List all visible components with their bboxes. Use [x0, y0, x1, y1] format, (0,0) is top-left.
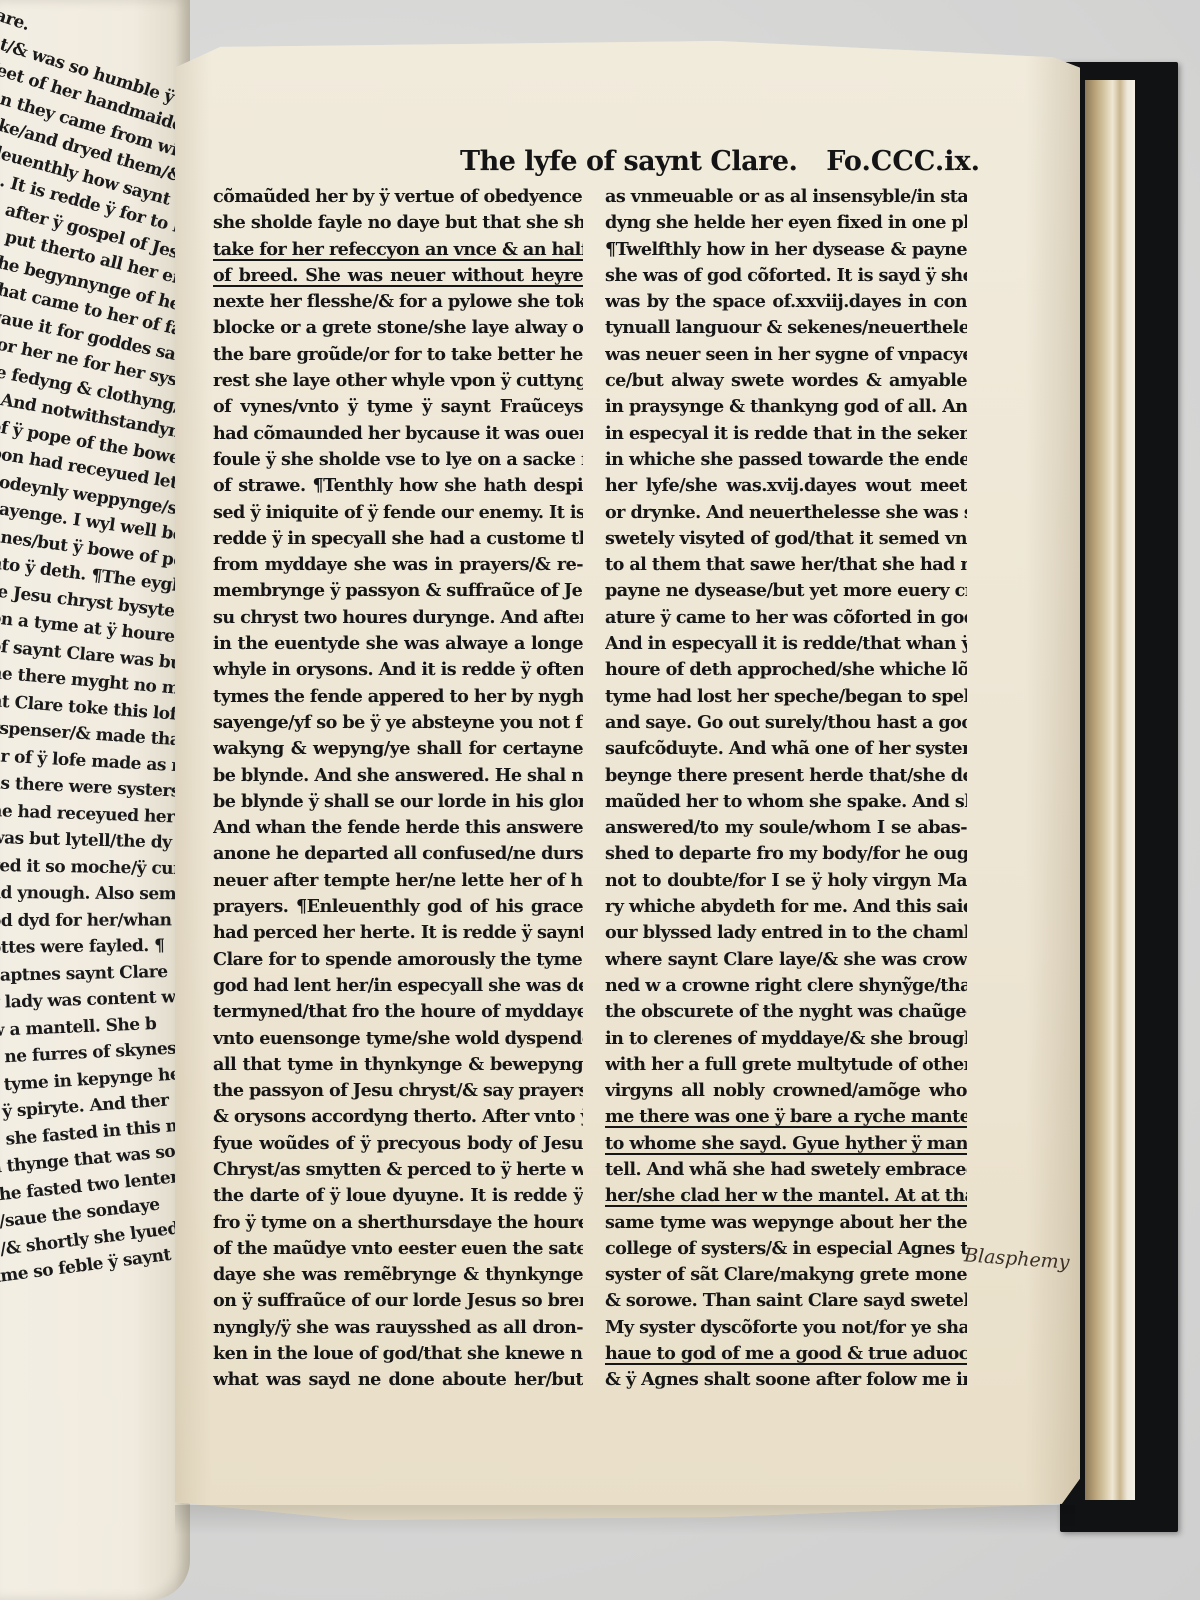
text-column-right: as vnmeuable or as al insensyble/in stan…	[605, 184, 967, 1394]
text-line: with her a full grete multytude of other	[605, 1052, 967, 1078]
text-line: neuer after tempte her/ne lette her of h…	[213, 868, 583, 894]
text-line: of breed. She was neuer without heyre	[213, 263, 583, 289]
text-line: And whan the fende herde this answere	[213, 815, 583, 841]
text-line: was by the space of.xxviij.dayes in con	[605, 289, 967, 315]
text-line: the bare groũde/or for to take better he…	[213, 342, 583, 368]
text-line: whyle in orysons. And it is redde ÿ ofte…	[213, 657, 583, 683]
text-column-left: cõmaũded her by ÿ vertue of obedyence ÿs…	[213, 184, 583, 1394]
text-line: college of systers/& in especial Agnes t…	[605, 1236, 967, 1262]
text-line: nyngly/ÿ she was rauysshed as all dron-	[213, 1315, 583, 1341]
text-line: tell. And whã she had swetely embraced	[605, 1157, 967, 1183]
text-line: answered/to my soule/whom I se abas-	[605, 815, 967, 841]
text-line: ned w a crowne right clere shynỹge/that	[605, 973, 967, 999]
text-line: her lyfe/she was.xvij.dayes wout meet	[605, 473, 967, 499]
text-line: from myddaye she was in prayers/& re-	[213, 552, 583, 578]
text-line: swetely visyted of god/that it semed vn	[605, 526, 967, 552]
text-line: rest she laye other whyle vpon ÿ cuttyng	[213, 368, 583, 394]
text-line: redde ÿ in specyall she had a custome th…	[213, 526, 583, 552]
text-line: wakyng & wepyng/ye shall for certayne	[213, 736, 583, 762]
text-line: ken in the loue of god/that she knewe no…	[213, 1341, 583, 1367]
text-line: su chryst two houres durynge. And after	[213, 605, 583, 631]
text-line: ce/but alway swete wordes & amyable	[605, 368, 967, 394]
left-page-curled: lare.at/& was so humble ÿ she wfeet of h…	[0, 0, 190, 1600]
text-line: in the euentyde she was alwaye a longe	[213, 631, 583, 657]
text-line: tynuall languour & sekenes/neuertheles	[605, 315, 967, 341]
text-line: dyng she helde her eyen fixed in one pla…	[605, 210, 967, 236]
text-line: be blynde ÿ shall se our lorde in his gl…	[213, 789, 583, 815]
fragment-line: yed it so moche/ÿ cur	[0, 853, 190, 884]
text-line: ry whiche abydeth for me. And this said	[605, 894, 967, 920]
text-line: termyned/that fro the houre of myddaye	[213, 999, 583, 1025]
text-line: be blynde. And she answered. He shal not	[213, 763, 583, 789]
text-line: of vynes/vnto ÿ tyme ÿ saynt Fraũceys	[213, 394, 583, 420]
text-line: & sorowe. Than saint Clare sayd swetely	[605, 1288, 967, 1314]
text-line: fyue woũdes of ÿ precyous body of Jesu	[213, 1131, 583, 1157]
book-photo: lare.at/& was so humble ÿ she wfeet of h…	[0, 0, 1200, 1600]
text-line: Clare for to spende amorously the tyme ÿ	[213, 947, 583, 973]
text-line: vnto euensonge tyme/she wold dyspende	[213, 1026, 583, 1052]
text-line: payne ne dysease/but yet more euery cre	[605, 578, 967, 604]
text-line: the passyon of Jesu chryst/& say prayers	[213, 1078, 583, 1104]
text-line: & orysons accordyng therto. After vnto ÿ	[213, 1104, 583, 1130]
fragment-line: ad ynough. Also sembl	[0, 880, 190, 909]
page-edges	[1085, 80, 1135, 1500]
text-line: And in especyall it is redde/that whan ÿ	[605, 631, 967, 657]
text-line: cõmaũded her by ÿ vertue of obedyence ÿ	[213, 184, 583, 210]
text-line: me there was one ÿ bare a ryche mantel	[605, 1104, 967, 1130]
fragment-line: ottes were fayled. ¶	[0, 932, 190, 962]
text-line: to al them that sawe her/that she had no	[605, 552, 967, 578]
text-line: and saye. Go out surely/thou hast a good	[605, 710, 967, 736]
text-line: all that tyme in thynkynge & bewepyng	[213, 1052, 583, 1078]
text-line: where saynt Clare laye/& she was crow	[605, 947, 967, 973]
text-line: or drynke. And neuerthelesse she was so	[605, 500, 967, 526]
text-line: blocke or a grete stone/she laye alway o…	[213, 315, 583, 341]
text-line: not to doubte/for I se ÿ holy virgyn Ma	[605, 868, 967, 894]
text-line: take for her refeccyon an vnce & an half…	[213, 237, 583, 263]
text-line: sed ÿ iniquite of ÿ fende our enemy. It …	[213, 500, 583, 526]
text-line: she was of god cõforted. It is sayd ÿ sh…	[605, 263, 967, 289]
text-line: was neuer seen in her sygne of vnpacyen	[605, 342, 967, 368]
folio-number: Fo.CCC.ix.	[826, 146, 980, 177]
text-line: our blyssed lady entred in to the chambr…	[605, 920, 967, 946]
text-line: daye she was remẽbrynge & thynkynge	[213, 1262, 583, 1288]
text-line: houre of deth approched/she whiche lõge	[605, 657, 967, 683]
text-line: of strawe. ¶Tenthly how she hath despi	[213, 473, 583, 499]
text-line: anone he departed all confused/ne durst	[213, 841, 583, 867]
text-line: same tyme was wepynge about her the	[605, 1210, 967, 1236]
text-line: haue to god of me a good & true aduocate	[605, 1341, 967, 1367]
fragment-line: od dyd for her/whan	[0, 907, 190, 935]
text-line: tymes the fende appered to her by nyght	[213, 684, 583, 710]
text-line: god had lent her/in especyall she was de…	[213, 973, 583, 999]
text-line: had cõmaunded her bycause it was ouer	[213, 421, 583, 447]
text-line: membrynge ÿ passyon & suffraũce of Je-	[213, 578, 583, 604]
text-line: beynge there present herde that/she de-	[605, 763, 967, 789]
text-line: what was sayd ne done aboute her/but	[213, 1367, 583, 1393]
running-head-title: The lyfe of saynt Clare.	[460, 146, 797, 177]
text-line: & ÿ Agnes shalt soone after folow me in …	[605, 1367, 967, 1393]
page-shadow	[175, 1505, 1075, 1535]
text-line: to whome she sayd. Gyue hyther ÿ man-	[605, 1131, 967, 1157]
text-line: she sholde fayle no daye but that she sh…	[213, 210, 583, 236]
left-page-text: lare.at/& was so humble ÿ she wfeet of h…	[0, 0, 190, 1293]
text-line: ature ÿ came to her was cõforted in god.	[605, 605, 967, 631]
text-line: the obscurete of the nyght was chaũged	[605, 999, 967, 1025]
text-line: her/she clad her w the mantel. At at tha…	[605, 1183, 967, 1209]
text-line: ¶Twelfthly how in her dysease & payne	[605, 237, 967, 263]
text-line: fro ÿ tyme on a sherthursdaye the houre	[213, 1210, 583, 1236]
text-line: tyme had lost her speche/began to speke	[605, 684, 967, 710]
text-line: virgyns all nobly crowned/amõge who	[605, 1078, 967, 1104]
text-line: maũded her to whom she spake. And she	[605, 789, 967, 815]
text-line: nexte her flesshe/& for a pylowe she tok…	[213, 289, 583, 315]
text-line: in to clerenes of myddaye/& she brought	[605, 1026, 967, 1052]
text-line: in especyal it is redde that in the seke…	[605, 421, 967, 447]
text-line: saufcõduyte. And whã one of her systers	[605, 736, 967, 762]
text-line: Chryst/as smytten & perced to ÿ herte w	[213, 1157, 583, 1183]
text-line: as vnmeuable or as al insensyble/in stan	[605, 184, 967, 210]
text-line: of the maũdye vnto eester euen the sater…	[213, 1236, 583, 1262]
text-line: prayers. ¶Enleuenthly god of his grace	[213, 894, 583, 920]
text-line: the darte of ÿ loue dyuyne. It is redde …	[213, 1183, 583, 1209]
text-line: on ÿ suffraũce of our lorde Jesus so bre…	[213, 1288, 583, 1314]
text-line: in praysynge & thankyng god of all. And	[605, 394, 967, 420]
text-line: had perced her herte. It is redde ÿ sayn…	[213, 920, 583, 946]
running-head: The lyfe of saynt Clare. Fo.CCC.ix.	[460, 146, 980, 186]
text-line: syster of sãt Clare/makyng grete mone	[605, 1262, 967, 1288]
text-line: shed to departe fro my body/for he ought	[605, 841, 967, 867]
text-line: My syster dyscõforte you not/for ye shal…	[605, 1315, 967, 1341]
text-line: foule ÿ she sholde vse to lye on a sacke…	[213, 447, 583, 473]
text-line: sayenge/yf so be ÿ ye absteyne you not f…	[213, 710, 583, 736]
text-line: in whiche she passed towarde the ende of	[605, 447, 967, 473]
